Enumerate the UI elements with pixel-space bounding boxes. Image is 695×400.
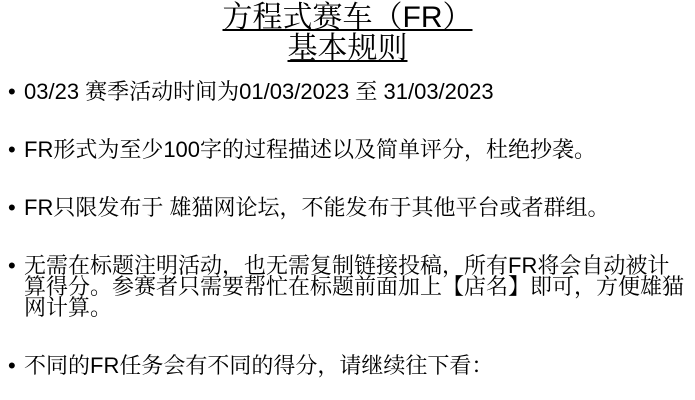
- bullet-text: FR形式为至少100字的过程描述以及简单评分，杜绝抄袭。: [24, 137, 596, 162]
- bullet-text: 03/23 赛季活动时间为01/03/2023 至 31/03/2023: [24, 79, 494, 104]
- page-title: 方程式赛车（FR） 基本规则: [0, 0, 695, 64]
- bullet-item-fr-format: • FR形式为至少100字的过程描述以及简单评分，杜绝抄袭。: [0, 139, 687, 160]
- bullet-item-season-dates: • 03/23 赛季活动时间为01/03/2023 至 31/03/2023: [0, 81, 687, 102]
- bullet-text: 不同的FR任务会有不同的得分，请继续往下看：: [24, 353, 493, 378]
- title-line-2: 基本规则: [0, 33, 695, 64]
- bullet-text: FR只限发布于 雄猫网论坛，不能发布于其他平台或者群组。: [24, 195, 609, 220]
- bullet-marker: •: [8, 81, 16, 102]
- title-line-1: 方程式赛车（FR）: [0, 2, 695, 33]
- bullet-marker: •: [8, 139, 16, 160]
- rules-list: • 03/23 赛季活动时间为01/03/2023 至 31/03/2023 •…: [0, 81, 695, 376]
- slide: 方程式赛车（FR） 基本规则 • 03/23 赛季活动时间为01/03/2023…: [0, 0, 695, 400]
- bullet-text: 无需在标题注明活动，也无需复制链接投稿，所有FR将会自动被计算得分。参赛者只需要…: [24, 253, 684, 320]
- bullet-item-fr-platform: • FR只限发布于 雄猫网论坛，不能发布于其他平台或者群组。: [0, 197, 687, 218]
- bullet-marker: •: [8, 197, 16, 218]
- bullet-item-scoring-note: • 不同的FR任务会有不同的得分，请继续往下看：: [0, 355, 687, 376]
- bullet-item-title-rule: • 无需在标题注明活动，也无需复制链接投稿，所有FR将会自动被计算得分。参赛者只…: [0, 255, 687, 318]
- bullet-marker: •: [8, 355, 16, 376]
- bullet-marker: •: [8, 255, 16, 276]
